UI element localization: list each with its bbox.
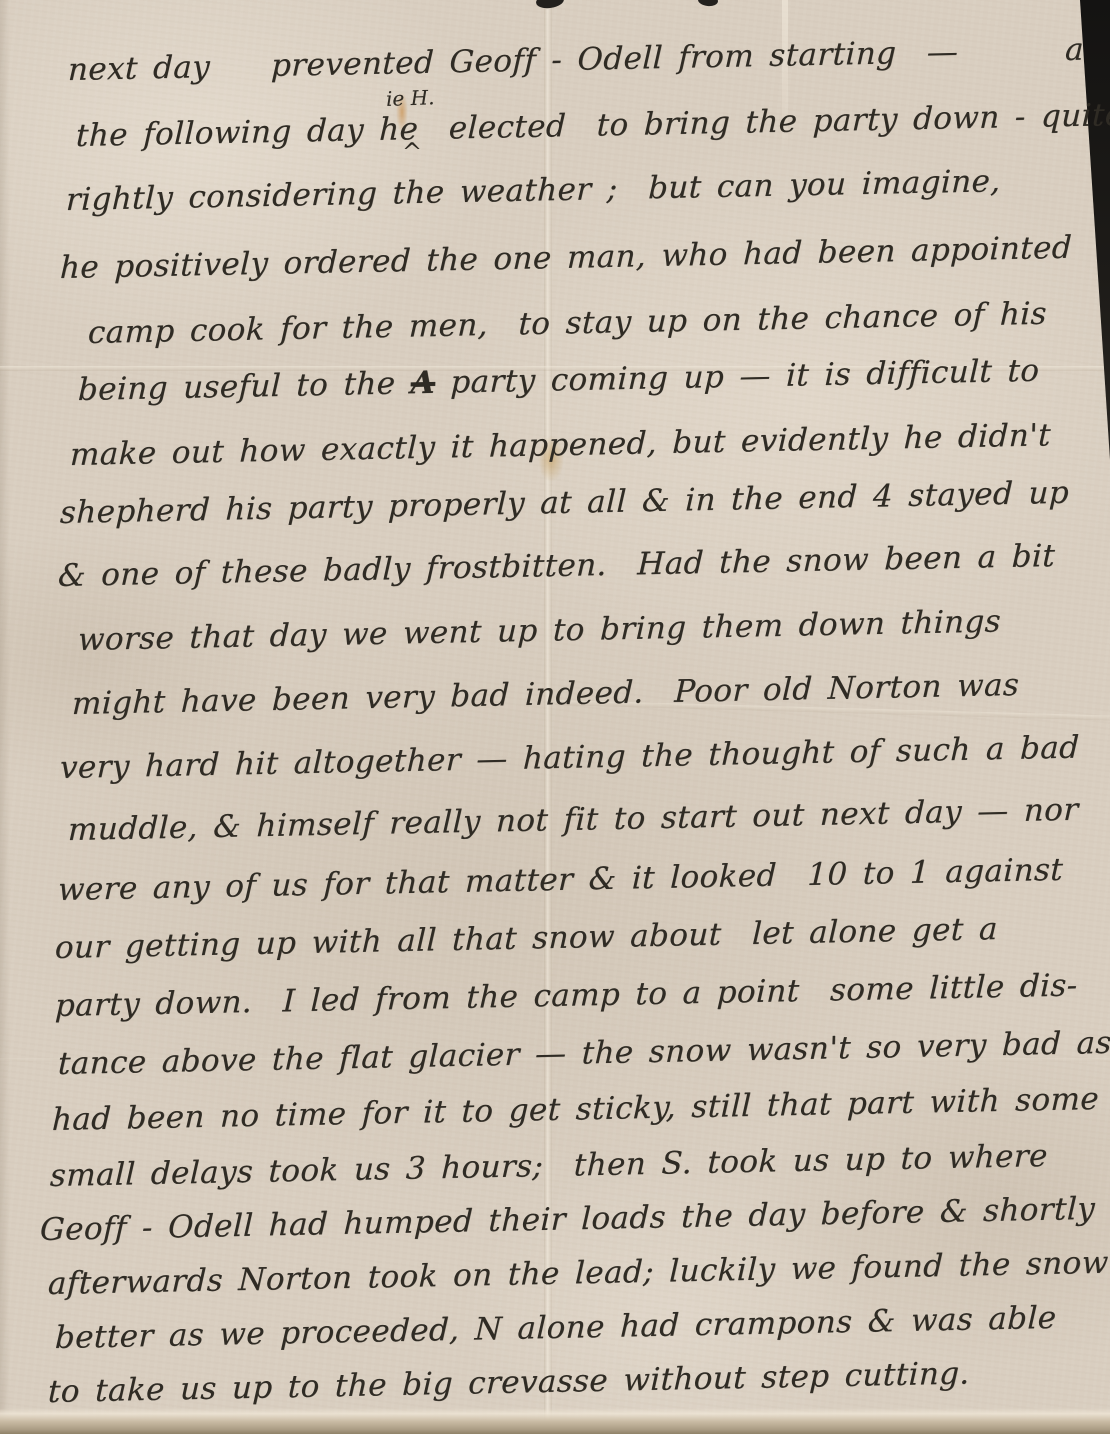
handwritten-line: he positively ordered the one man, who h… bbox=[59, 230, 1072, 286]
handwritten-text: party coming up — it is difficult to bbox=[435, 353, 1040, 401]
insertion-caret-mark: ^ bbox=[402, 138, 422, 166]
handwritten-text: better as we proceeded, N alone had cram… bbox=[54, 1300, 1057, 1356]
handwritten-text: might have been very bad indeed. Poor ol… bbox=[71, 667, 1019, 722]
handwritten-line: next day prevented Geoff - Odell from st… bbox=[67, 32, 1084, 88]
handwritten-line: very hard hit altogether — hating the th… bbox=[59, 730, 1080, 786]
handwritten-line: make out how exactly it happened, but ev… bbox=[69, 417, 1051, 473]
handwritten-text: he positively ordered the one man, who h… bbox=[59, 230, 1072, 286]
handwritten-text: party down. I led from the camp to a poi… bbox=[54, 967, 1078, 1024]
handwritten-text: rightly considering the weather ; but ca… bbox=[65, 163, 1001, 218]
handwritten-text: muddle, & himself really not fit to star… bbox=[67, 792, 1079, 848]
handwritten-text: very hard hit altogether — hating the th… bbox=[59, 730, 1080, 786]
handwritten-line: muddle, & himself really not fit to star… bbox=[67, 792, 1079, 848]
handwritten-line: the following day he elected to bring th… bbox=[75, 97, 1110, 154]
handwritten-line: small delays took us 3 hours; then S. to… bbox=[49, 1138, 1048, 1194]
handwritten-line: our getting up with all that snow about … bbox=[54, 911, 998, 966]
handwritten-line: & one of these badly frostbitten. Had th… bbox=[57, 538, 1055, 594]
handwritten-line: shepherd his party properly at all & in … bbox=[59, 475, 1069, 531]
handwritten-text: the following day he elected to bring th… bbox=[75, 97, 1110, 154]
handwritten-text: were any of us for that matter & it look… bbox=[57, 852, 1063, 908]
handwritten-text: next day prevented Geoff - Odell from st… bbox=[67, 32, 1084, 88]
handwritten-text: small delays took us 3 hours; then S. to… bbox=[49, 1138, 1048, 1194]
handwritten-line: worse that day we went up to bring them … bbox=[77, 603, 1001, 658]
handwritten-line: had been no time for it to get sticky, s… bbox=[51, 1081, 1099, 1138]
handwritten-line: to take us up to the big crevasse withou… bbox=[47, 1355, 970, 1410]
handwritten-text: & one of these badly frostbitten. Had th… bbox=[57, 538, 1055, 594]
handwritten-text: our getting up with all that snow about … bbox=[54, 911, 998, 966]
handwritten-line: better as we proceeded, N alone had cram… bbox=[54, 1300, 1057, 1356]
handwritten-line: party down. I led from the camp to a poi… bbox=[54, 967, 1078, 1024]
handwritten-line: rightly considering the weather ; but ca… bbox=[65, 163, 1001, 218]
handwritten-line: afterwards Norton took on the lead; luck… bbox=[47, 1245, 1109, 1302]
inline-insertion-note: ie H. bbox=[386, 85, 435, 111]
handwritten-text: to take us up to the big crevasse withou… bbox=[47, 1355, 970, 1410]
handwritten-line: being useful to the A party coming up — … bbox=[77, 353, 1040, 408]
handwritten-text: camp cook for the men, to stay up on the… bbox=[87, 296, 1047, 351]
handwriting-layer: next day prevented Geoff - Odell from st… bbox=[0, 0, 1110, 1434]
handwritten-text: make out how exactly it happened, but ev… bbox=[69, 417, 1051, 473]
handwritten-text: Geoff - Odell had humped their loads the… bbox=[39, 1191, 1095, 1248]
handwritten-text: afterwards Norton took on the lead; luck… bbox=[47, 1245, 1109, 1302]
handwritten-line: tance above the flat glacier — the snow … bbox=[57, 1023, 1110, 1082]
handwritten-text: had been no time for it to get sticky, s… bbox=[51, 1081, 1099, 1138]
handwritten-line: were any of us for that matter & it look… bbox=[57, 852, 1063, 908]
handwritten-line: camp cook for the men, to stay up on the… bbox=[87, 296, 1047, 351]
handwritten-text: being useful to the bbox=[77, 365, 411, 408]
handwritten-line: might have been very bad indeed. Poor ol… bbox=[71, 667, 1019, 722]
handwritten-text: shepherd his party properly at all & in … bbox=[59, 475, 1069, 531]
handwritten-text: tance above the flat glacier — the snow … bbox=[57, 1023, 1110, 1082]
letter-page: next day prevented Geoff - Odell from st… bbox=[0, 0, 1110, 1434]
struck-out-word: A bbox=[410, 365, 436, 402]
handwritten-text: worse that day we went up to bring them … bbox=[77, 603, 1001, 658]
handwritten-line: Geoff - Odell had humped their loads the… bbox=[39, 1191, 1095, 1248]
